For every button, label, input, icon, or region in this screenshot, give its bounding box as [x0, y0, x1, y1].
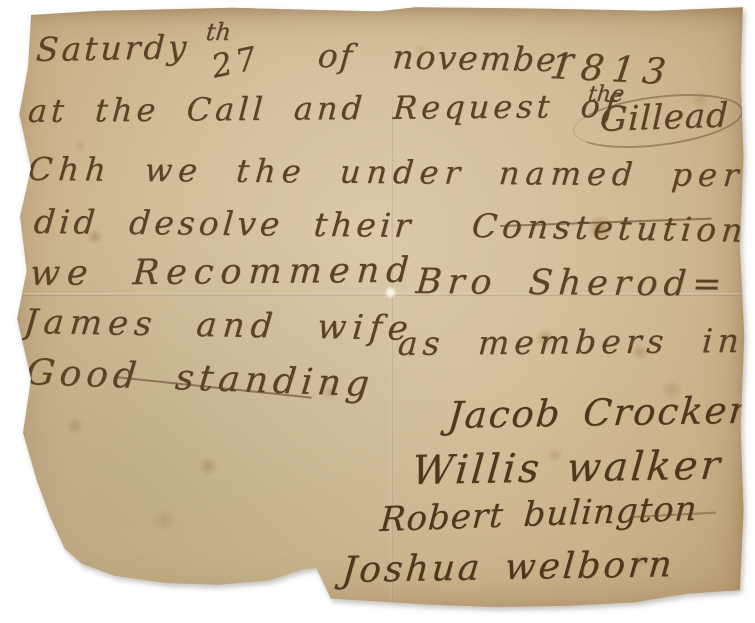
- date-month-phrase: of november: [316, 36, 577, 79]
- date-day-word: Saturdy: [35, 27, 190, 69]
- scanned-document-page: { "page": { "background_color": "#ffffff…: [0, 0, 755, 623]
- date-ordinal-suffix: th: [205, 18, 233, 46]
- signature-willis-walker: Willis walker: [410, 443, 725, 495]
- body-line-good-standing: Good standing: [24, 352, 376, 405]
- signature-joshua-welborn: Joshua welborn: [340, 544, 676, 591]
- manuscript-paper-wrapper: Saturdy th 27 of november 1813 at the Ca…: [12, 6, 745, 607]
- body-line-members-names: James and wife: [22, 302, 415, 349]
- body-line-recommend-brother: Bro Sherod=: [414, 262, 729, 305]
- body-line-desolve-crossed-word: Constetution: [470, 206, 749, 250]
- body-line-recommend: we Recommend: [29, 251, 417, 294]
- body-line-under-named: Chh we the under named persons: [27, 150, 755, 195]
- body-line-request: at the Call and Request of: [27, 87, 621, 130]
- body-line-desolve: did desolve their: [32, 202, 415, 245]
- manuscript-paper: Saturdy th 27 of november 1813 at the Ca…: [12, 6, 745, 607]
- body-line-members: as members in: [397, 321, 745, 363]
- signature-jacob-crocker: Jacob Crocker: [446, 389, 750, 437]
